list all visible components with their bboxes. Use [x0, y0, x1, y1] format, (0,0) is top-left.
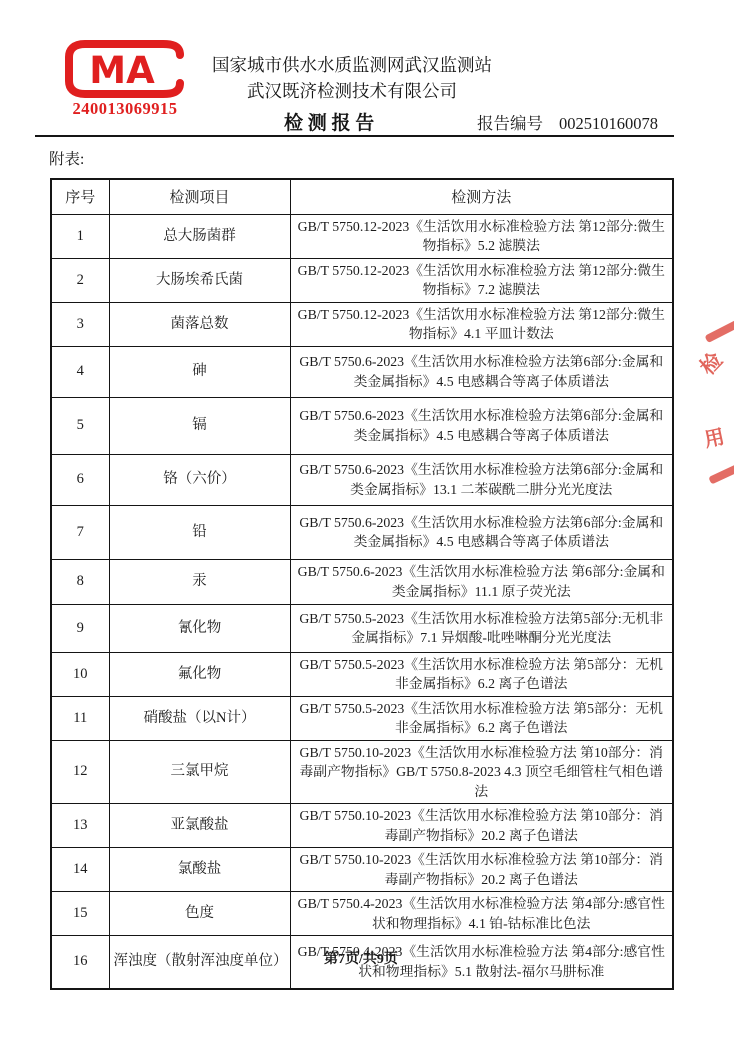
- stamp-character-top: 检: [692, 345, 728, 381]
- row-method: GB/T 5750.6-2023《生活饮用水标准检验方法第6部分:金属和类金属指…: [290, 505, 673, 559]
- row-seq: 5: [51, 397, 109, 454]
- table-row: 14 氯酸盐 GB/T 5750.10-2023《生活饮用水标准检验方法 第10…: [51, 848, 673, 892]
- row-method: GB/T 5750.10-2023《生活饮用水标准检验方法 第10部分：消毒副产…: [290, 740, 673, 804]
- row-method: GB/T 5750.6-2023《生活饮用水标准检验方法第6部分:金属和类金属指…: [290, 454, 673, 505]
- row-item: 砷: [109, 346, 290, 397]
- organization-names: 国家城市供水水质监测网武汉监测站 武汉既济检测技术有限公司: [182, 52, 522, 104]
- stamp-character-bottom: 用: [701, 420, 727, 453]
- org-name-line2: 武汉既济检测技术有限公司: [182, 78, 522, 104]
- page-number: 第7页/共9页: [50, 948, 672, 968]
- row-item: 铅: [109, 505, 290, 559]
- table-row: 3 菌落总数 GB/T 5750.12-2023《生活饮用水标准检验方法 第12…: [51, 302, 673, 346]
- cma-logo-icon: MA: [64, 40, 186, 98]
- row-seq: 2: [51, 258, 109, 302]
- row-method: GB/T 5750.5-2023《生活饮用水标准检验方法 第5部分：无机非金属指…: [290, 652, 673, 696]
- table-row: 11 硝酸盐（以N计） GB/T 5750.5-2023《生活饮用水标准检验方法…: [51, 696, 673, 740]
- table-row: 9 氰化物 GB/T 5750.5-2023《生活饮用水标准检验方法第5部分:无…: [51, 604, 673, 652]
- table-row: 5 镉 GB/T 5750.6-2023《生活饮用水标准检验方法第6部分:金属和…: [51, 397, 673, 454]
- attachment-label: 附表:: [49, 147, 84, 169]
- col-header-method: 检测方法: [290, 179, 673, 214]
- row-seq: 7: [51, 505, 109, 559]
- row-seq: 6: [51, 454, 109, 505]
- row-method: GB/T 5750.10-2023《生活饮用水标准检验方法 第10部分：消毒副产…: [290, 804, 673, 848]
- row-method: GB/T 5750.12-2023《生活饮用水标准检验方法 第12部分:微生物指…: [290, 302, 673, 346]
- table-row: 13 亚氯酸盐 GB/T 5750.10-2023《生活饮用水标准检验方法 第1…: [51, 804, 673, 848]
- row-seq: 14: [51, 848, 109, 892]
- table-row: 8 汞 GB/T 5750.6-2023《生活饮用水标准检验方法 第6部分:金属…: [51, 559, 673, 604]
- row-seq: 11: [51, 696, 109, 740]
- table-row: 12 三氯甲烷 GB/T 5750.10-2023《生活饮用水标准检验方法 第1…: [51, 740, 673, 804]
- row-item: 总大肠菌群: [109, 214, 290, 258]
- table-row: 15 色度 GB/T 5750.4-2023《生活饮用水标准检验方法 第4部分:…: [51, 892, 673, 936]
- header-divider: [35, 135, 674, 137]
- cma-logo-text: MA: [89, 49, 155, 92]
- row-seq: 9: [51, 604, 109, 652]
- title-row: 检 测 报 告 报告编号002510160078: [0, 108, 734, 132]
- table-row: 7 铅 GB/T 5750.6-2023《生活饮用水标准检验方法第6部分:金属和…: [51, 505, 673, 559]
- row-item: 三氯甲烷: [109, 740, 290, 804]
- row-item: 汞: [109, 559, 290, 604]
- report-number-label: 报告编号: [477, 114, 543, 133]
- row-seq: 10: [51, 652, 109, 696]
- table-row: 6 铬（六价） GB/T 5750.6-2023《生活饮用水标准检验方法第6部分…: [51, 454, 673, 505]
- table-header-row: 序号 检测项目 检测方法: [51, 179, 673, 214]
- row-method: GB/T 5750.4-2023《生活饮用水标准检验方法 第4部分:感官性状和物…: [290, 892, 673, 936]
- row-item: 菌落总数: [109, 302, 290, 346]
- row-item: 氰化物: [109, 604, 290, 652]
- row-method: GB/T 5750.10-2023《生活饮用水标准检验方法 第10部分：消毒副产…: [290, 848, 673, 892]
- row-method: GB/T 5750.6-2023《生活饮用水标准检验方法 第6部分:金属和类金属…: [290, 559, 673, 604]
- stamp-arc-segment-top: [704, 320, 734, 343]
- report-number-wrap: 报告编号002510160078: [477, 110, 658, 134]
- row-item: 氟化物: [109, 652, 290, 696]
- row-seq: 13: [51, 804, 109, 848]
- row-seq: 15: [51, 892, 109, 936]
- row-method: GB/T 5750.5-2023《生活饮用水标准检验方法第5部分:无机非金属指标…: [290, 604, 673, 652]
- row-item: 铬（六价）: [109, 454, 290, 505]
- row-item: 镉: [109, 397, 290, 454]
- report-page: MA 240013069915 国家城市供水水质监测网武汉监测站 武汉既济检测技…: [0, 0, 734, 1041]
- table-row: 4 砷 GB/T 5750.6-2023《生活饮用水标准检验方法第6部分:金属和…: [51, 346, 673, 397]
- row-method: GB/T 5750.12-2023《生活饮用水标准检验方法 第12部分:微生物指…: [290, 258, 673, 302]
- row-method: GB/T 5750.12-2023《生活饮用水标准检验方法 第12部分:微生物指…: [290, 214, 673, 258]
- row-method: GB/T 5750.6-2023《生活饮用水标准检验方法第6部分:金属和类金属指…: [290, 397, 673, 454]
- stamp-arc-segment-bottom: [708, 459, 734, 484]
- row-method: GB/T 5750.5-2023《生活饮用水标准检验方法 第5部分：无机非金属指…: [290, 696, 673, 740]
- row-item: 硝酸盐（以N计）: [109, 696, 290, 740]
- report-number-value: 002510160078: [559, 114, 658, 133]
- row-seq: 3: [51, 302, 109, 346]
- report-title: 检 测 报 告: [284, 108, 374, 135]
- org-name-line1: 国家城市供水水质监测网武汉监测站: [182, 52, 522, 78]
- table-row: 1 总大肠菌群 GB/T 5750.12-2023《生活饮用水标准检验方法 第1…: [51, 214, 673, 258]
- row-method: GB/T 5750.6-2023《生活饮用水标准检验方法第6部分:金属和类金属指…: [290, 346, 673, 397]
- row-seq: 8: [51, 559, 109, 604]
- col-header-item: 检测项目: [109, 179, 290, 214]
- col-header-seq: 序号: [51, 179, 109, 214]
- row-item: 大肠埃希氏菌: [109, 258, 290, 302]
- row-seq: 4: [51, 346, 109, 397]
- row-seq: 1: [51, 214, 109, 258]
- table-row: 2 大肠埃希氏菌 GB/T 5750.12-2023《生活饮用水标准检验方法 第…: [51, 258, 673, 302]
- test-methods-table: 序号 检测项目 检测方法 1 总大肠菌群 GB/T 5750.12-2023《生…: [50, 178, 674, 990]
- row-item: 亚氯酸盐: [109, 804, 290, 848]
- row-item: 色度: [109, 892, 290, 936]
- row-seq: 12: [51, 740, 109, 804]
- certification-stamp: 检 用: [688, 320, 734, 492]
- row-item: 氯酸盐: [109, 848, 290, 892]
- table-row: 10 氟化物 GB/T 5750.5-2023《生活饮用水标准检验方法 第5部分…: [51, 652, 673, 696]
